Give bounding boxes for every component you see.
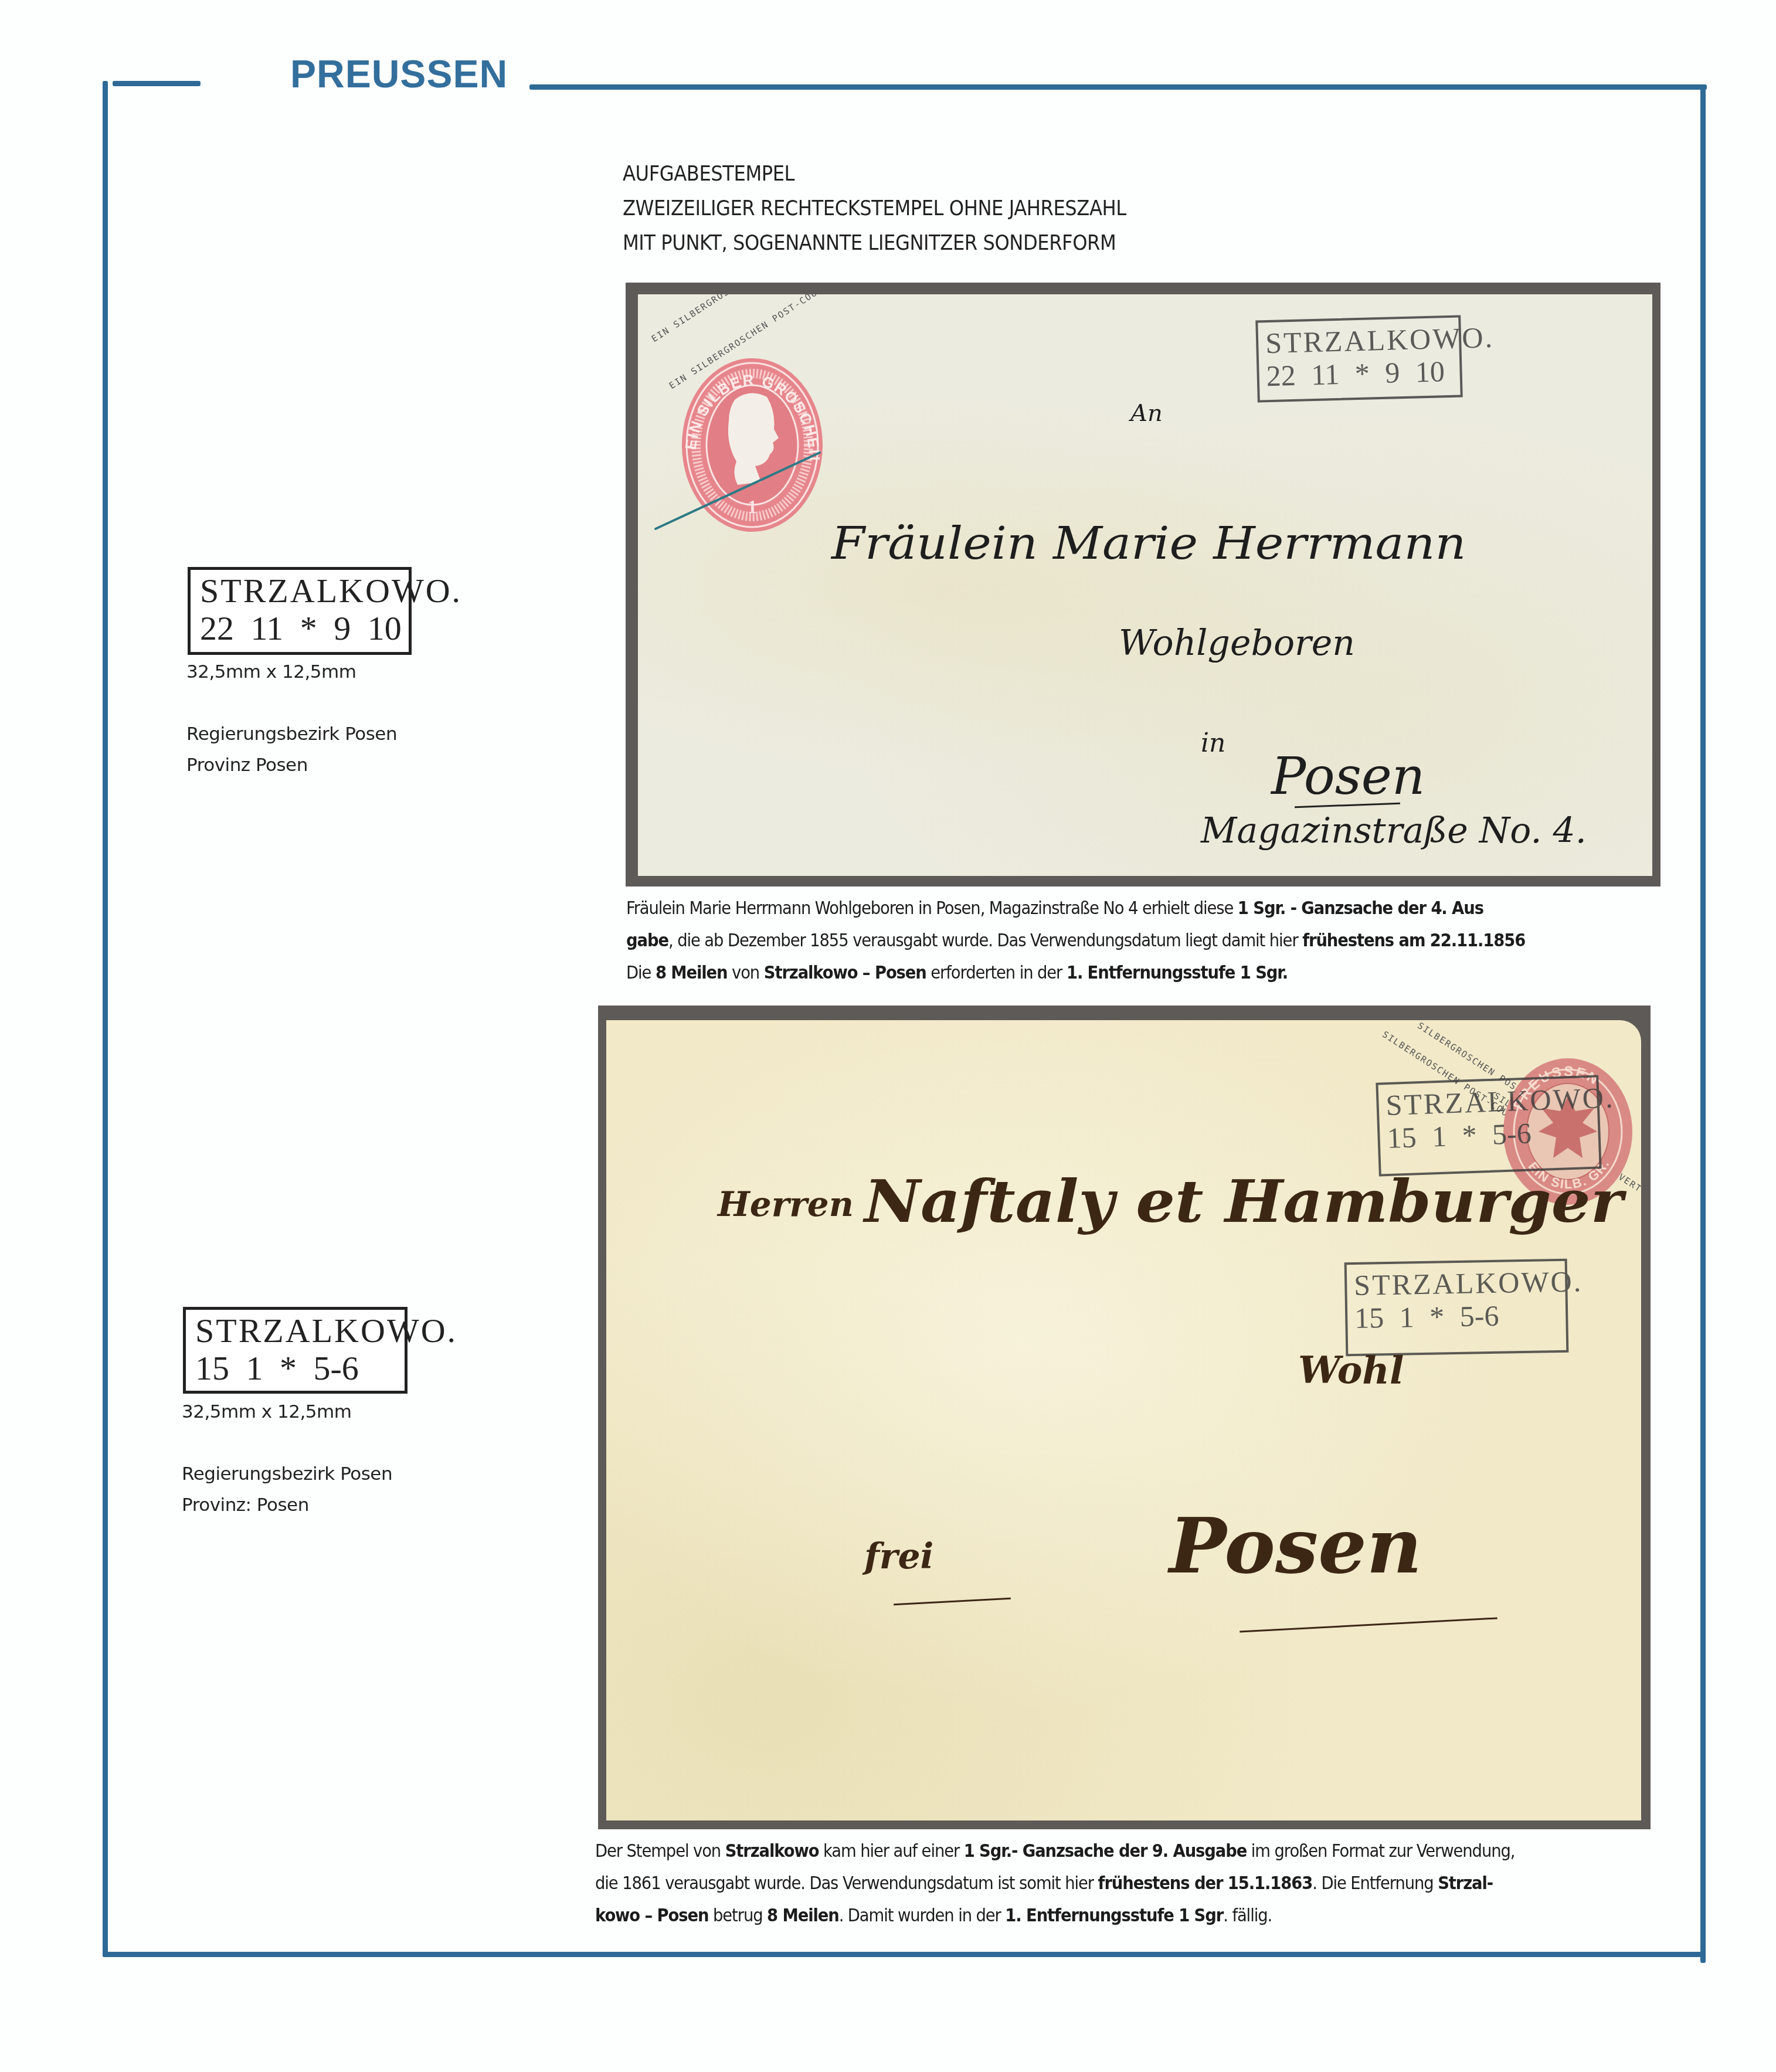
envelope-2-caption: Der Stempel von Strzalkowo kam hier auf … bbox=[595, 1835, 1514, 1932]
postmark-town: STRZALKOWO. bbox=[1386, 1081, 1615, 1123]
heading-line: AUFGABESTEMPEL bbox=[623, 157, 1126, 192]
address-line: Wohl bbox=[1298, 1349, 1404, 1392]
postmark-size: 32,5mm x 12,5mm bbox=[182, 1401, 351, 1422]
region-name: Regierungsbezirk Posen bbox=[182, 1459, 392, 1490]
caption-line: kowo – Posen betrug 8 Meilen. Damit wurd… bbox=[595, 1900, 1514, 1932]
address-line: Wohlgeboren bbox=[1119, 623, 1355, 664]
address-line: An bbox=[1130, 400, 1163, 427]
envelope-1-caption: Fräulein Marie Herrmann Wohlgeboren in P… bbox=[626, 892, 1525, 989]
postmark-illustration-2: STRZALKOWO. 15 1 * 5-6 bbox=[183, 1307, 408, 1394]
postmark-illustration-1: STRZALKOWO. 22 11 * 9 10 bbox=[188, 567, 412, 655]
address-franking-note: frei bbox=[864, 1536, 933, 1577]
postmark-date: 15 1 * 5-6 bbox=[195, 1349, 359, 1388]
frame-right-edge bbox=[1700, 84, 1706, 1963]
envelope-paper: EIN SILBERGROSCHEN POST-COUVERT EIN SILB… bbox=[638, 294, 1652, 876]
page-title: PREUSSEN bbox=[290, 52, 508, 96]
frame-left-edge bbox=[103, 81, 108, 1957]
region-name: Regierungsbezirk Posen bbox=[186, 719, 397, 750]
postmark-size: 32,5mm x 12,5mm bbox=[186, 661, 356, 682]
heading-line: MIT PUNKT, SOGENANNTE LIEGNITZER SONDERF… bbox=[623, 226, 1126, 261]
frame-top-left-segment bbox=[113, 81, 201, 86]
caption-line: gabe, die ab Dezember 1855 verausgabt wu… bbox=[626, 925, 1525, 957]
postmark-on-envelope: STRZALKOWO. 15 1 * 5-6 bbox=[1376, 1075, 1601, 1176]
address-line: in bbox=[1201, 728, 1225, 758]
address-street: Magazinstraße No. 4. bbox=[1201, 810, 1587, 851]
address-recipient: Fräulein Marie Herrmann bbox=[831, 517, 1466, 569]
caption-line: Der Stempel von Strzalkowo kam hier auf … bbox=[595, 1835, 1514, 1867]
postmark-date: 15 1 * 5-6 bbox=[1354, 1299, 1499, 1335]
postmark-on-envelope: STRZALKOWO. 15 1 * 5-6 bbox=[1344, 1259, 1569, 1357]
section-heading: AUFGABESTEMPEL ZWEIZEILIGER RECHTECKSTEM… bbox=[623, 157, 1126, 261]
address-recipient: Naftaly et Hamburger bbox=[864, 1167, 1623, 1236]
address-city: Posen bbox=[1271, 746, 1425, 806]
caption-line: Die 8 Meilen von Strzalkowo – Posen erfo… bbox=[626, 957, 1525, 989]
postmark-town: STRZALKOWO. bbox=[1354, 1264, 1583, 1302]
postmark-region: Regierungsbezirk Posen Provinz Posen bbox=[186, 719, 397, 781]
postmark-date: 15 1 * 5-6 bbox=[1387, 1116, 1532, 1155]
postmark-date: 22 11 * 9 10 bbox=[1266, 354, 1445, 393]
postmark-on-envelope: STRZALKOWO. 22 11 * 9 10 bbox=[1255, 315, 1463, 402]
caption-line: Fräulein Marie Herrmann Wohlgeboren in P… bbox=[626, 892, 1525, 925]
province-name: Provinz: Posen bbox=[182, 1490, 392, 1521]
frame-bottom-edge bbox=[103, 1952, 1706, 1957]
caption-line: die 1861 verausgabt wurde. Das Verwendun… bbox=[595, 1867, 1514, 1900]
address-underline bbox=[894, 1598, 1011, 1605]
address-city: Posen bbox=[1169, 1501, 1422, 1591]
postmark-town: STRZALKOWO. bbox=[195, 1311, 457, 1350]
province-name: Provinz Posen bbox=[186, 750, 397, 781]
heading-line: ZWEIZEILIGER RECHTECKSTEMPEL OHNE JAHRES… bbox=[623, 192, 1126, 226]
postmark-date: 22 11 * 9 10 bbox=[200, 609, 402, 648]
address-underline bbox=[1240, 1617, 1497, 1632]
postmark-region: Regierungsbezirk Posen Provinz: Posen bbox=[182, 1459, 392, 1521]
postmark-town: STRZALKOWO. bbox=[1265, 320, 1494, 360]
envelope-paper: SILBERGROSCHEN POST-COUVERT SILBERGROSCH… bbox=[606, 1020, 1641, 1820]
frame-top-right-segment bbox=[529, 84, 1707, 90]
pen-cancel-stroke bbox=[650, 441, 826, 541]
postmark-town: STRZALKOWO. bbox=[200, 571, 462, 610]
address-salutation: Herren bbox=[718, 1184, 854, 1224]
